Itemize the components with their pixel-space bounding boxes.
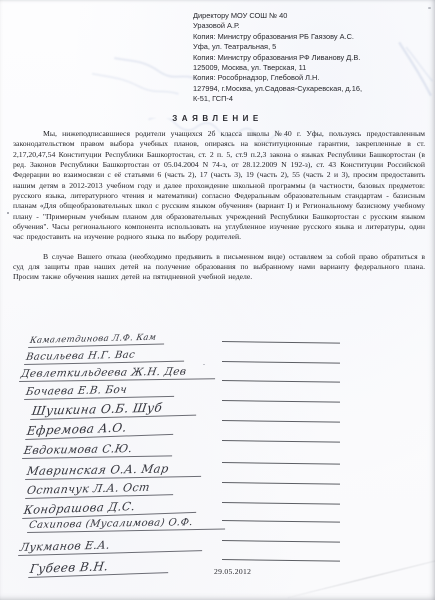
handwritten-signature: Остапчук Л.А. Ост	[25, 480, 173, 499]
scan-speck	[428, 7, 431, 9]
handwritten-signature: Лукманов Е.А.	[18, 536, 202, 556]
handwritten-signature: Камалетдинова Л.Ф. Кам	[28, 332, 164, 348]
blank-signature-line	[222, 400, 340, 403]
date-label: 29.05.2012	[214, 567, 251, 576]
letter-body: Мы, нижеподписавшиеся родители учащихся …	[13, 129, 425, 283]
handwritten-signature: Губеев В.Н.	[28, 557, 168, 578]
blank-signature-line	[222, 341, 340, 344]
document-title: ЗАЯВЛЕНИЕ	[0, 114, 435, 123]
handwritten-signature: Бочаева Е.В. Боч	[24, 383, 174, 400]
blank-signature-line	[222, 482, 340, 485]
body-paragraph-1: Мы, нижеподписавшиеся родители учащихся …	[13, 129, 425, 243]
blank-signature-line	[222, 540, 340, 543]
recipient-line: Копия: Министру образования РФ Ливанову …	[193, 53, 431, 63]
recipient-line: К-51, ГСП-4	[193, 94, 431, 104]
blank-signature-line	[222, 520, 340, 523]
recipient-line: 127994, г.Москва, ул.Садовая-Сухаревская…	[193, 84, 431, 94]
paper-crease	[288, 558, 435, 598]
scan-speck	[7, 212, 9, 214]
handwritten-signature: Васильева Н.Г. Вас	[24, 349, 184, 365]
scan-speck	[203, 364, 205, 365]
handwritten-signature: Сахипова (Мусалимова) О.Ф.	[27, 517, 225, 533]
handwritten-signature: Кондрашова Д.С.	[22, 497, 196, 519]
blank-signature-line	[222, 420, 340, 423]
recipient-line: Копия: Рособрнадзор, Глебовой Л.Н.	[193, 73, 431, 83]
recipient-line: Уфа, ул. Театральная, 5	[193, 42, 431, 52]
blank-signature-line	[222, 380, 340, 383]
blank-signature-line	[222, 502, 340, 505]
scanned-letter-page: Директору МОУ СОШ № 40Уразовой А.Р.Копия…	[0, 0, 435, 600]
blank-signature-line	[222, 361, 340, 364]
ink-bleed-through	[77, 20, 209, 124]
recipient-line: 125009, Москва, ул. Тверская, 11	[193, 63, 431, 73]
body-paragraph-2: В случае Вашего отказа (необходимо предъ…	[13, 252, 425, 283]
blank-signature-line	[222, 440, 340, 443]
handwritten-signature: Евдокимова С.Ю.	[22, 441, 172, 459]
handwritten-signature: Мавринская О.А. Мар	[25, 461, 201, 480]
handwritten-signature: Ефремова А.О.	[25, 419, 173, 440]
recipient-block: Директору МОУ СОШ № 40Уразовой А.Р.Копия…	[193, 11, 431, 105]
handwritten-signature: Девлеткильдеева Ж.Н. Дев	[19, 365, 215, 382]
recipient-line: Копия: Министру образования РБ Гаязову А…	[193, 32, 431, 42]
blank-signature-line	[222, 462, 340, 465]
blank-signature-line	[222, 559, 340, 562]
recipient-line: Уразовой А.Р.	[193, 21, 431, 31]
handwritten-signature: Шушкина О.Б. Шуб	[30, 400, 196, 420]
recipient-line: Директору МОУ СОШ № 40	[193, 11, 431, 21]
